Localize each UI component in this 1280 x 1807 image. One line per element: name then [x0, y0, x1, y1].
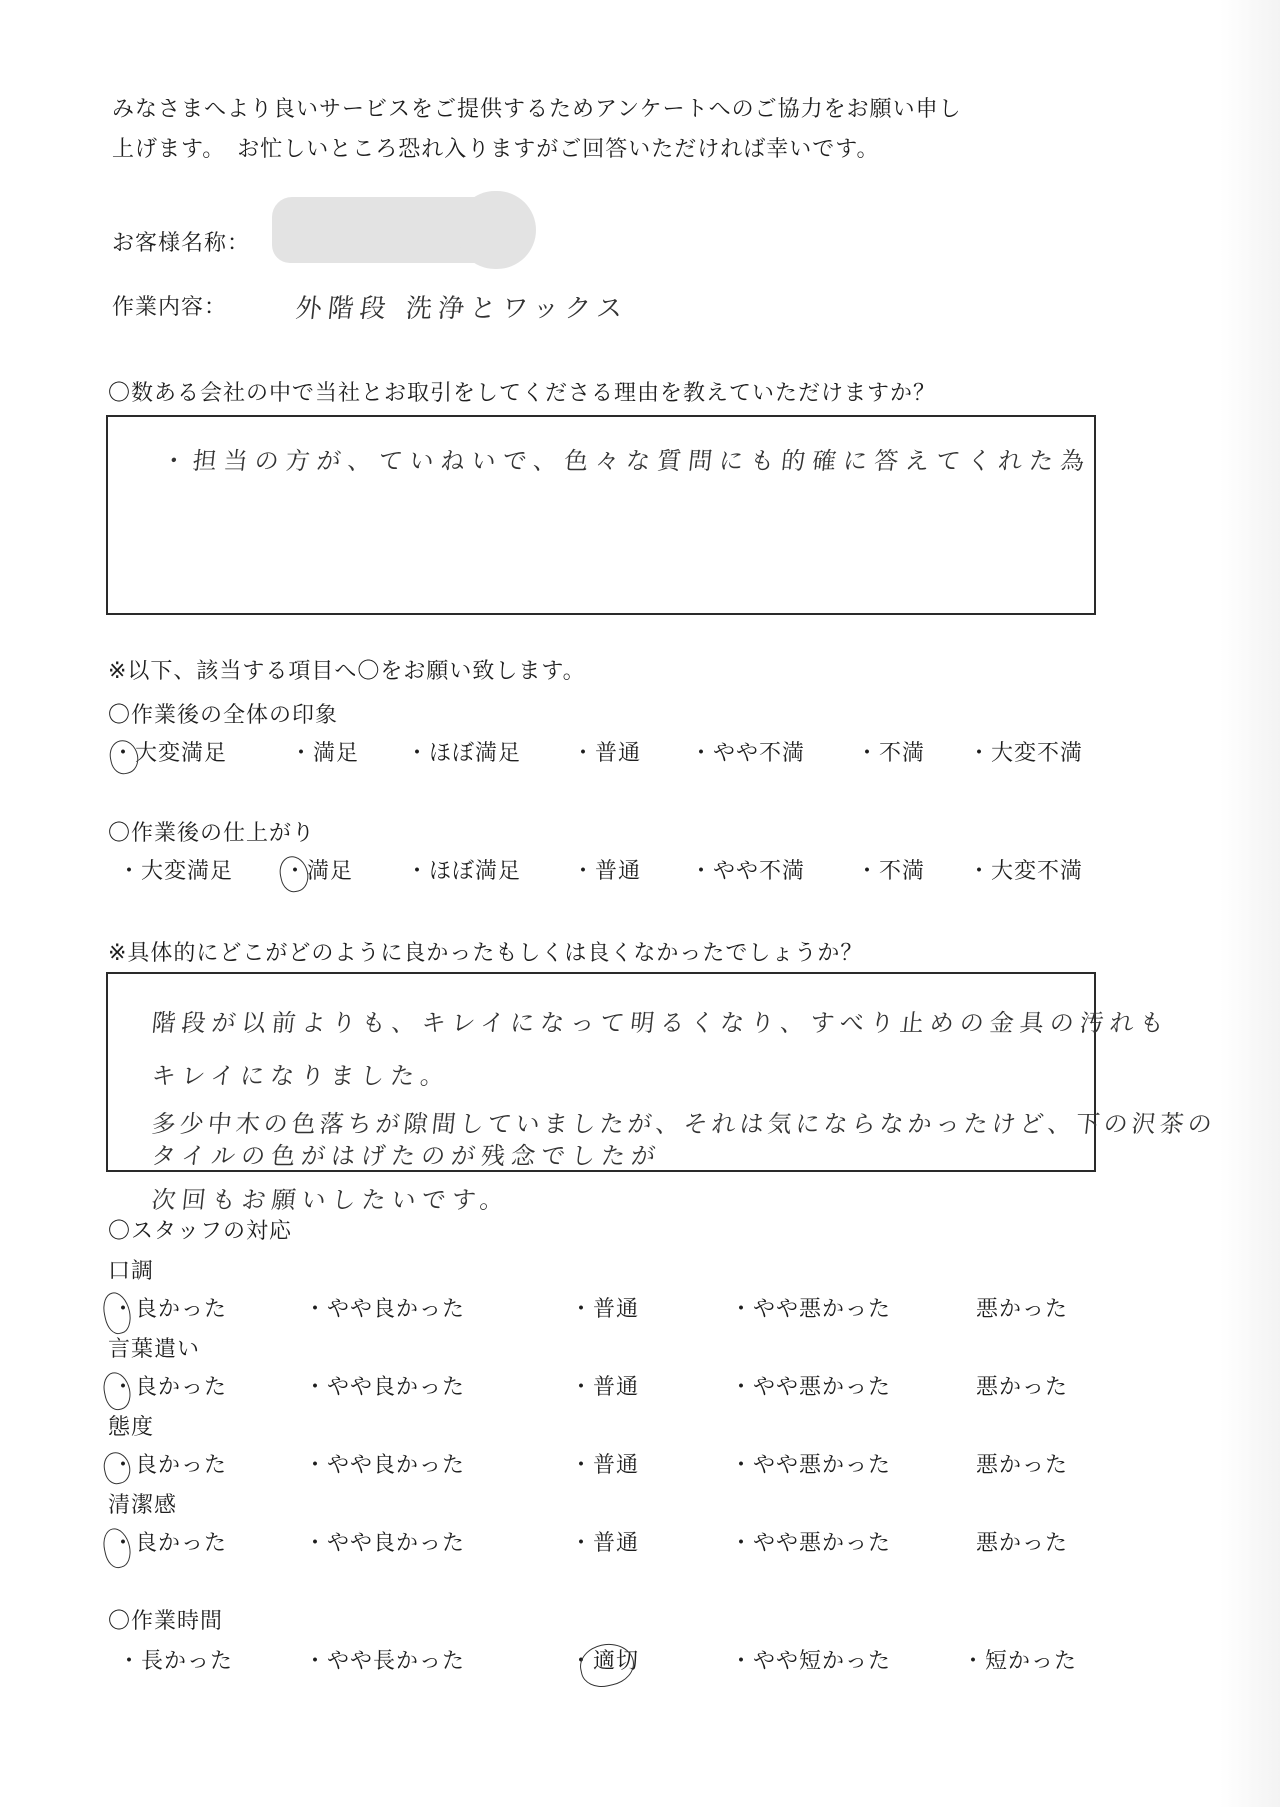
detail-answer-line-2: キレイになりました。	[150, 1056, 452, 1091]
work-content-label: 作業内容：	[112, 294, 227, 322]
finish-options: ・大変満足 ・満足 ・ほぼ満足 ・普通 ・やや不満 ・不満 ・大変不満	[0, 858, 1280, 888]
detail-answer-line-3: 多少中木の色落ちが隙間していましたが、それは気にならなかったけど、下の沢茶の	[150, 1104, 1218, 1139]
detail-answer-line-5: 次回もお願いしたいです。	[150, 1180, 512, 1215]
tone-option-fairly-good[interactable]: ・やや良かった	[304, 1296, 465, 1324]
detail-question: ※具体的にどこがどのように良かったもしくは良くなかったでしょうか？	[108, 940, 863, 968]
finish-option-neutral[interactable]: ・普通	[572, 858, 641, 886]
selected-circle-mark	[576, 1639, 638, 1691]
survey-page: みなさまへより良いサービスをご提供するためアンケートへのご協力をお願い申し 上げ…	[0, 0, 1280, 1807]
work-time-title: 〇作業時間	[108, 1608, 223, 1636]
impression-options: ・大変満足 ・満足 ・ほぼ満足 ・普通 ・やや不満 ・不満 ・大変不満	[0, 740, 1280, 770]
impression-option-neutral[interactable]: ・普通	[572, 740, 641, 768]
intro-line-1: みなさまへより良いサービスをご提供するためアンケートへのご協力をお願い申し	[112, 96, 962, 124]
customer-name-label: お客様名称：	[112, 230, 250, 258]
staff-tone-options: ・良かった ・やや良かった ・普通 ・やや悪かった 悪かった	[0, 1296, 1280, 1326]
staff-attitude-options: ・良かった ・やや良かった ・普通 ・やや悪かった 悪かった	[0, 1452, 1280, 1482]
instruction-text: ※以下、該当する項目へ〇をお願い致します。	[108, 658, 586, 686]
time-option-fairly-long[interactable]: ・やや長かった	[304, 1648, 465, 1676]
finish-option-mostly-satisfied[interactable]: ・ほぼ満足	[406, 858, 521, 886]
finish-option-dissatisfied[interactable]: ・不満	[856, 858, 925, 886]
staff-item-wording-label: 言葉遣い	[108, 1336, 200, 1364]
staff-wording-options: ・良かった ・やや良かった ・普通 ・やや悪かった 悪かった	[0, 1374, 1280, 1404]
customer-name-redacted	[272, 197, 528, 263]
attitude-option-fairly-bad[interactable]: ・やや悪かった	[730, 1452, 891, 1480]
impression-option-mostly-satisfied[interactable]: ・ほぼ満足	[406, 740, 521, 768]
tone-option-bad[interactable]: 悪かった	[976, 1296, 1068, 1324]
impression-option-very-dissatisfied[interactable]: ・大変不満	[968, 740, 1083, 768]
cleanliness-option-fairly-bad[interactable]: ・やや悪かった	[730, 1530, 891, 1558]
finish-title: 〇作業後の仕上がり	[108, 820, 315, 848]
attitude-option-neutral[interactable]: ・普通	[570, 1452, 639, 1480]
impression-title: 〇作業後の全体の印象	[108, 702, 338, 730]
reason-answer-text: ・担当の方が、ていねいで、色々な質問にも的確に答えてくれた為	[160, 441, 1093, 476]
cleanliness-option-fairly-good[interactable]: ・やや良かった	[304, 1530, 465, 1558]
wording-option-bad[interactable]: 悪かった	[976, 1374, 1068, 1402]
work-time-options: ・長かった ・やや長かった ・適切 ・やや短かった ・短かった	[0, 1648, 1280, 1678]
staff-title: 〇スタッフの対応	[108, 1218, 292, 1246]
time-option-long[interactable]: ・長かった	[118, 1648, 233, 1676]
intro-line-2: 上げます。 お忙しいところ恐れ入りますがご回答いただければ幸いです。	[112, 136, 879, 164]
impression-option-dissatisfied[interactable]: ・不満	[856, 740, 925, 768]
time-option-short[interactable]: ・短かった	[962, 1648, 1077, 1676]
reason-answer-box[interactable]: ・担当の方が、ていねいで、色々な質問にも的確に答えてくれた為	[106, 415, 1096, 615]
cleanliness-option-neutral[interactable]: ・普通	[570, 1530, 639, 1558]
impression-option-somewhat-dissatisfied[interactable]: ・やや不満	[690, 740, 805, 768]
attitude-option-bad[interactable]: 悪かった	[976, 1452, 1068, 1480]
wording-option-neutral[interactable]: ・普通	[570, 1374, 639, 1402]
staff-cleanliness-options: ・良かった ・やや良かった ・普通 ・やや悪かった 悪かった	[0, 1530, 1280, 1560]
wording-option-fairly-good[interactable]: ・やや良かった	[304, 1374, 465, 1402]
impression-option-satisfied[interactable]: ・満足	[290, 740, 359, 768]
tone-option-neutral[interactable]: ・普通	[570, 1296, 639, 1324]
work-content-value: 外階段 洗浄とワックス	[294, 288, 631, 325]
detail-answer-line-4: タイルの色がはげたのが残念でしたが	[150, 1136, 663, 1171]
finish-option-somewhat-dissatisfied[interactable]: ・やや不満	[690, 858, 805, 886]
cleanliness-option-bad[interactable]: 悪かった	[976, 1530, 1068, 1558]
finish-option-very-dissatisfied[interactable]: ・大変不満	[968, 858, 1083, 886]
time-option-fairly-short[interactable]: ・やや短かった	[730, 1648, 891, 1676]
reason-question: 〇数ある会社の中で当社とお取引をしてくださる理由を教えていただけますか？	[108, 380, 936, 408]
staff-item-cleanliness-label: 清潔感	[108, 1492, 177, 1520]
staff-item-tone-label: 口調	[108, 1258, 154, 1286]
tone-option-fairly-bad[interactable]: ・やや悪かった	[730, 1296, 891, 1324]
finish-option-very-satisfied[interactable]: ・大変満足	[118, 858, 233, 886]
detail-answer-line-1: 階段が以前よりも、キレイになって明るくなり、すべり止めの金具の汚れも	[150, 1003, 1172, 1038]
wording-option-fairly-bad[interactable]: ・やや悪かった	[730, 1374, 891, 1402]
staff-item-attitude-label: 態度	[108, 1414, 154, 1442]
attitude-option-fairly-good[interactable]: ・やや良かった	[304, 1452, 465, 1480]
